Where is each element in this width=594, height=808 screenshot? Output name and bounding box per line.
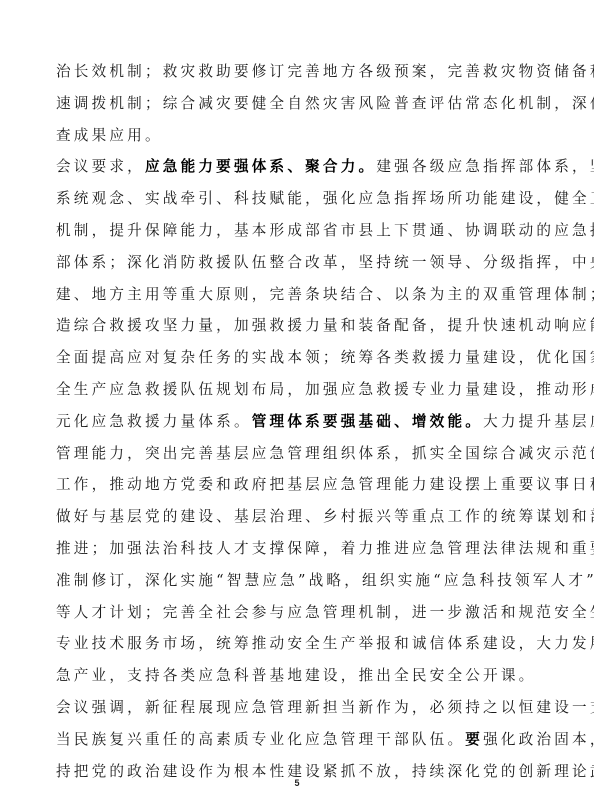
body-text: 持把党的政治建设作为根本性建设紧抓不放，持续深化党的创新理论武装， [56,763,594,780]
document-body: 治长效机制；救灾救助要修订完善地方各级预案，完善救灾物资储备和快速调拨机制；综合… [56,56,538,787]
text-line: 查成果应用。 [56,120,538,152]
page-number: 5 [0,778,594,788]
body-text: 部体系；深化消防救援队伍整合改革，坚持统一领导、分级指挥，中央主 [56,254,594,271]
body-text: 元化应急救援力量体系。 [56,413,252,430]
body-text: 推进；加强法治科技人才支撑保障，着力推进应急管理法律法规和重要标 [56,540,594,557]
body-text: 建强各级应急指挥部体系，坚持 [376,158,594,175]
body-text: 速调拨机制；综合减灾要健全自然灾害风险普查评估常态化机制，深化普 [56,95,594,112]
body-text: 会议强调，新征程展现应急管理新担当新作为，必须持之以恒建设一支堪 [56,699,594,716]
text-line: 当民族复兴重任的高素质专业化应急管理干部队伍。要强化政治固本，坚 [56,724,538,756]
text-line: 治长效机制；救灾救助要修订完善地方各级预案，完善救灾物资储备和快 [56,56,538,88]
body-text: 急产业，支持各类应急科普基地建设，推出全民安全公开课。 [56,667,536,684]
body-text: 强化政治固本，坚 [483,731,594,748]
text-line: 会议要求，应急能力要强体系、聚合力。建强各级应急指挥部体系，坚持 [56,151,538,183]
body-text: 系统观念、实战牵引、科技赋能，强化应急指挥场所功能建设，健全工作 [56,190,594,207]
text-line: 专业技术服务市场，统筹推动安全生产举报和诚信体系建设，大力发展应 [56,628,538,660]
text-line: 管理能力，突出完善基层应急管理组织体系，抓实全国综合减灾示范创建 [56,438,538,470]
body-text: 全生产应急救援队伍规划布局，加强应急救援专业力量建设，推动形成多 [56,381,594,398]
body-text: 做好与基层党的建设、基层治理、乡村振兴等重点工作的统筹谋划和部署 [56,508,594,525]
text-line: 推进；加强法治科技人才支撑保障，着力推进应急管理法律法规和重要标 [56,533,538,565]
text-line: 全生产应急救援队伍规划布局，加强应急救援专业力量建设，推动形成多 [56,374,538,406]
bold-heading-text: 要 [465,731,483,748]
body-text: 专业技术服务市场，统筹推动安全生产举报和诚信体系建设，大力发展应 [56,635,594,652]
text-line: 会议强调，新征程展现应急管理新担当新作为，必须持之以恒建设一支堪 [56,692,538,724]
body-text: 工作，推动地方党委和政府把基层应急管理能力建设摆上重要议事日程， [56,476,594,493]
body-text: 造综合救援攻坚力量，加强救援力量和装备配备，提升快速机动响应能力， [56,317,594,334]
body-text: 管理能力，突出完善基层应急管理组织体系，抓实全国综合减灾示范创建 [56,445,594,462]
body-text: 准制修订，深化实施“智慧应急”战略，组织实施“应急科技领军人才” [56,572,594,589]
body-text: 查成果应用。 [56,127,163,144]
text-line: 急产业，支持各类应急科普基地建设，推出全民安全公开课。 [56,660,538,692]
body-text: 机制，提升保障能力，基本形成部省市县上下贯通、协调联动的应急指挥 [56,222,594,239]
body-text: 全面提高应对复杂任务的实战本领；统筹各类救援力量建设，优化国家安 [56,349,594,366]
body-text: 等人才计划；完善全社会参与应急管理机制，进一步激活和规范安全生产 [56,604,594,621]
text-line: 等人才计划；完善全社会参与应急管理机制，进一步激活和规范安全生产 [56,597,538,629]
text-line: 系统观念、实战牵引、科技赋能，强化应急指挥场所功能建设，健全工作 [56,183,538,215]
body-text: 治长效机制；救灾救助要修订完善地方各级预案，完善救灾物资储备和快 [56,63,594,80]
text-line: 做好与基层党的建设、基层治理、乡村振兴等重点工作的统筹谋划和部署 [56,501,538,533]
body-text: 当民族复兴重任的高素质专业化应急管理干部队伍。 [56,731,465,748]
text-line: 元化应急救援力量体系。管理体系要强基础、增效能。大力提升基层应急 [56,406,538,438]
bold-heading-text: 管理体系要强基础、增效能。 [252,413,483,430]
text-line: 工作，推动地方党委和政府把基层应急管理能力建设摆上重要议事日程， [56,469,538,501]
text-line: 准制修订，深化实施“智慧应急”战略，组织实施“应急科技领军人才” [56,565,538,597]
text-line: 机制，提升保障能力，基本形成部省市县上下贯通、协调联动的应急指挥 [56,215,538,247]
bold-heading-text: 应急能力要强体系、聚合力。 [145,158,376,175]
text-line: 造综合救援攻坚力量，加强救援力量和装备配备，提升快速机动响应能力， [56,310,538,342]
document-page: 治长效机制；救灾救助要修订完善地方各级预案，完善救灾物资储备和快速调拨机制；综合… [0,0,594,808]
text-line: 部体系；深化消防救援队伍整合改革，坚持统一领导、分级指挥，中央主 [56,247,538,279]
body-text: 建、地方主用等重大原则，完善条块结合、以条为主的双重管理体制；打 [56,286,594,303]
text-line: 速调拨机制；综合减灾要健全自然灾害风险普查评估常态化机制，深化普 [56,88,538,120]
body-text: 大力提升基层应急 [483,413,594,430]
text-line: 建、地方主用等重大原则，完善条块结合、以条为主的双重管理体制；打 [56,279,538,311]
text-line: 全面提高应对复杂任务的实战本领；统筹各类救援力量建设，优化国家安 [56,342,538,374]
body-text: 会议要求， [56,158,145,175]
